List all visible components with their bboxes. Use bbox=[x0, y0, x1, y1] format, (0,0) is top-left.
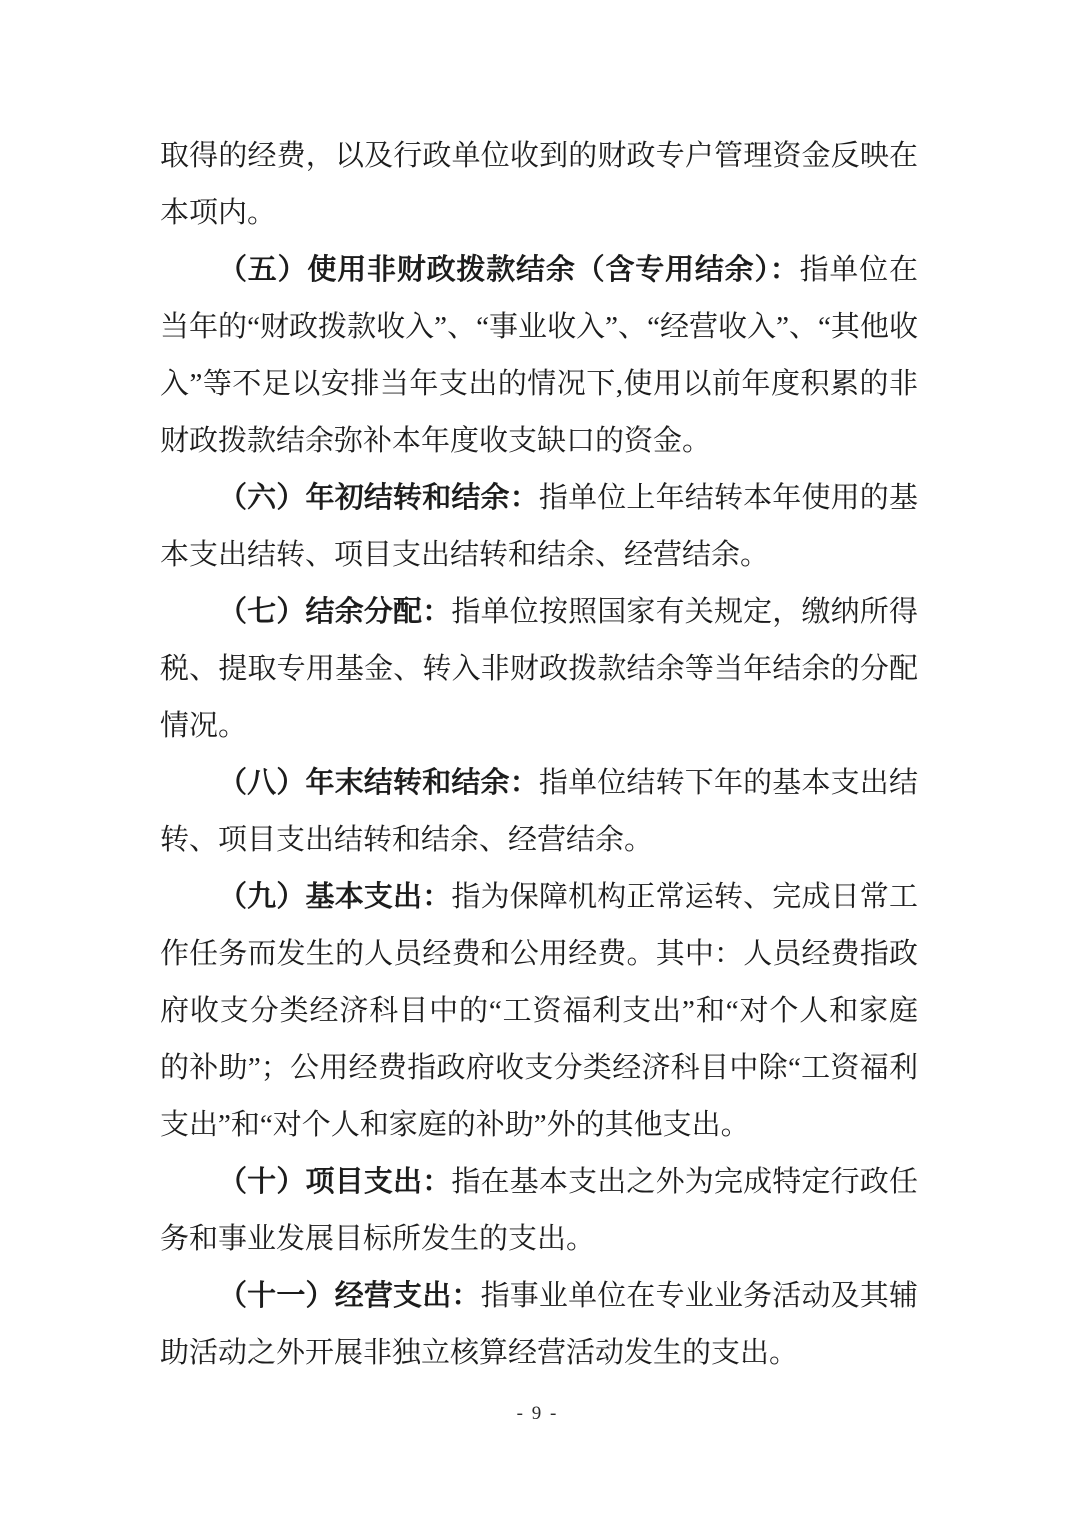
paragraph-heading: （五）使用非财政拨款结余（含专用结余）： bbox=[218, 254, 800, 286]
paragraph-item-10: （十）项目支出：指在基本支出之外为完成特定行政任务和事业发展目标所发生的支出。 bbox=[160, 1154, 918, 1268]
paragraph-item-7: （七）结余分配：指单位按照国家有关规定，缴纳所得税、提取专用基金、转入非财政拨款… bbox=[160, 584, 918, 755]
paragraph-heading: （十一）经营支出： bbox=[218, 1280, 481, 1312]
paragraph-continuation: 取得的经费，以及行政单位收到的财政专户管理资金反映在本项内。 bbox=[160, 128, 918, 242]
paragraph-text: 指为保障机构正常运转、完成日常工作任务而发生的人员经费和公用经费。其中：人员经费… bbox=[160, 881, 918, 1141]
paragraph-heading: （九）基本支出： bbox=[218, 881, 451, 913]
paragraph-item-9: （九）基本支出：指为保障机构正常运转、完成日常工作任务而发生的人员经费和公用经费… bbox=[160, 869, 918, 1154]
paragraph-text: 取得的经费，以及行政单位收到的财政专户管理资金反映在本项内。 bbox=[160, 140, 918, 229]
page-number: - 9 - bbox=[0, 1400, 1075, 1428]
paragraph-heading: （八）年末结转和结余： bbox=[218, 767, 539, 799]
paragraph-item-5: （五）使用非财政拨款结余（含专用结余）：指单位在当年的“财政拨款收入”、“事业收… bbox=[160, 242, 918, 470]
paragraph-heading: （十）项目支出： bbox=[218, 1166, 451, 1198]
paragraph-heading: （七）结余分配： bbox=[218, 596, 451, 628]
paragraph-heading: （六）年初结转和结余： bbox=[218, 482, 539, 514]
paragraph-item-8: （八）年末结转和结余：指单位结转下年的基本支出结转、项目支出结转和结余、经营结余… bbox=[160, 755, 918, 869]
document-page: 取得的经费，以及行政单位收到的财政专户管理资金反映在本项内。 （五）使用非财政拨… bbox=[0, 0, 1075, 1520]
document-body: 取得的经费，以及行政单位收到的财政专户管理资金反映在本项内。 （五）使用非财政拨… bbox=[160, 128, 918, 1382]
paragraph-item-11: （十一）经营支出：指事业单位在专业业务活动及其辅助活动之外开展非独立核算经营活动… bbox=[160, 1268, 918, 1382]
paragraph-item-6: （六）年初结转和结余：指单位上年结转本年使用的基本支出结转、项目支出结转和结余、… bbox=[160, 470, 918, 584]
